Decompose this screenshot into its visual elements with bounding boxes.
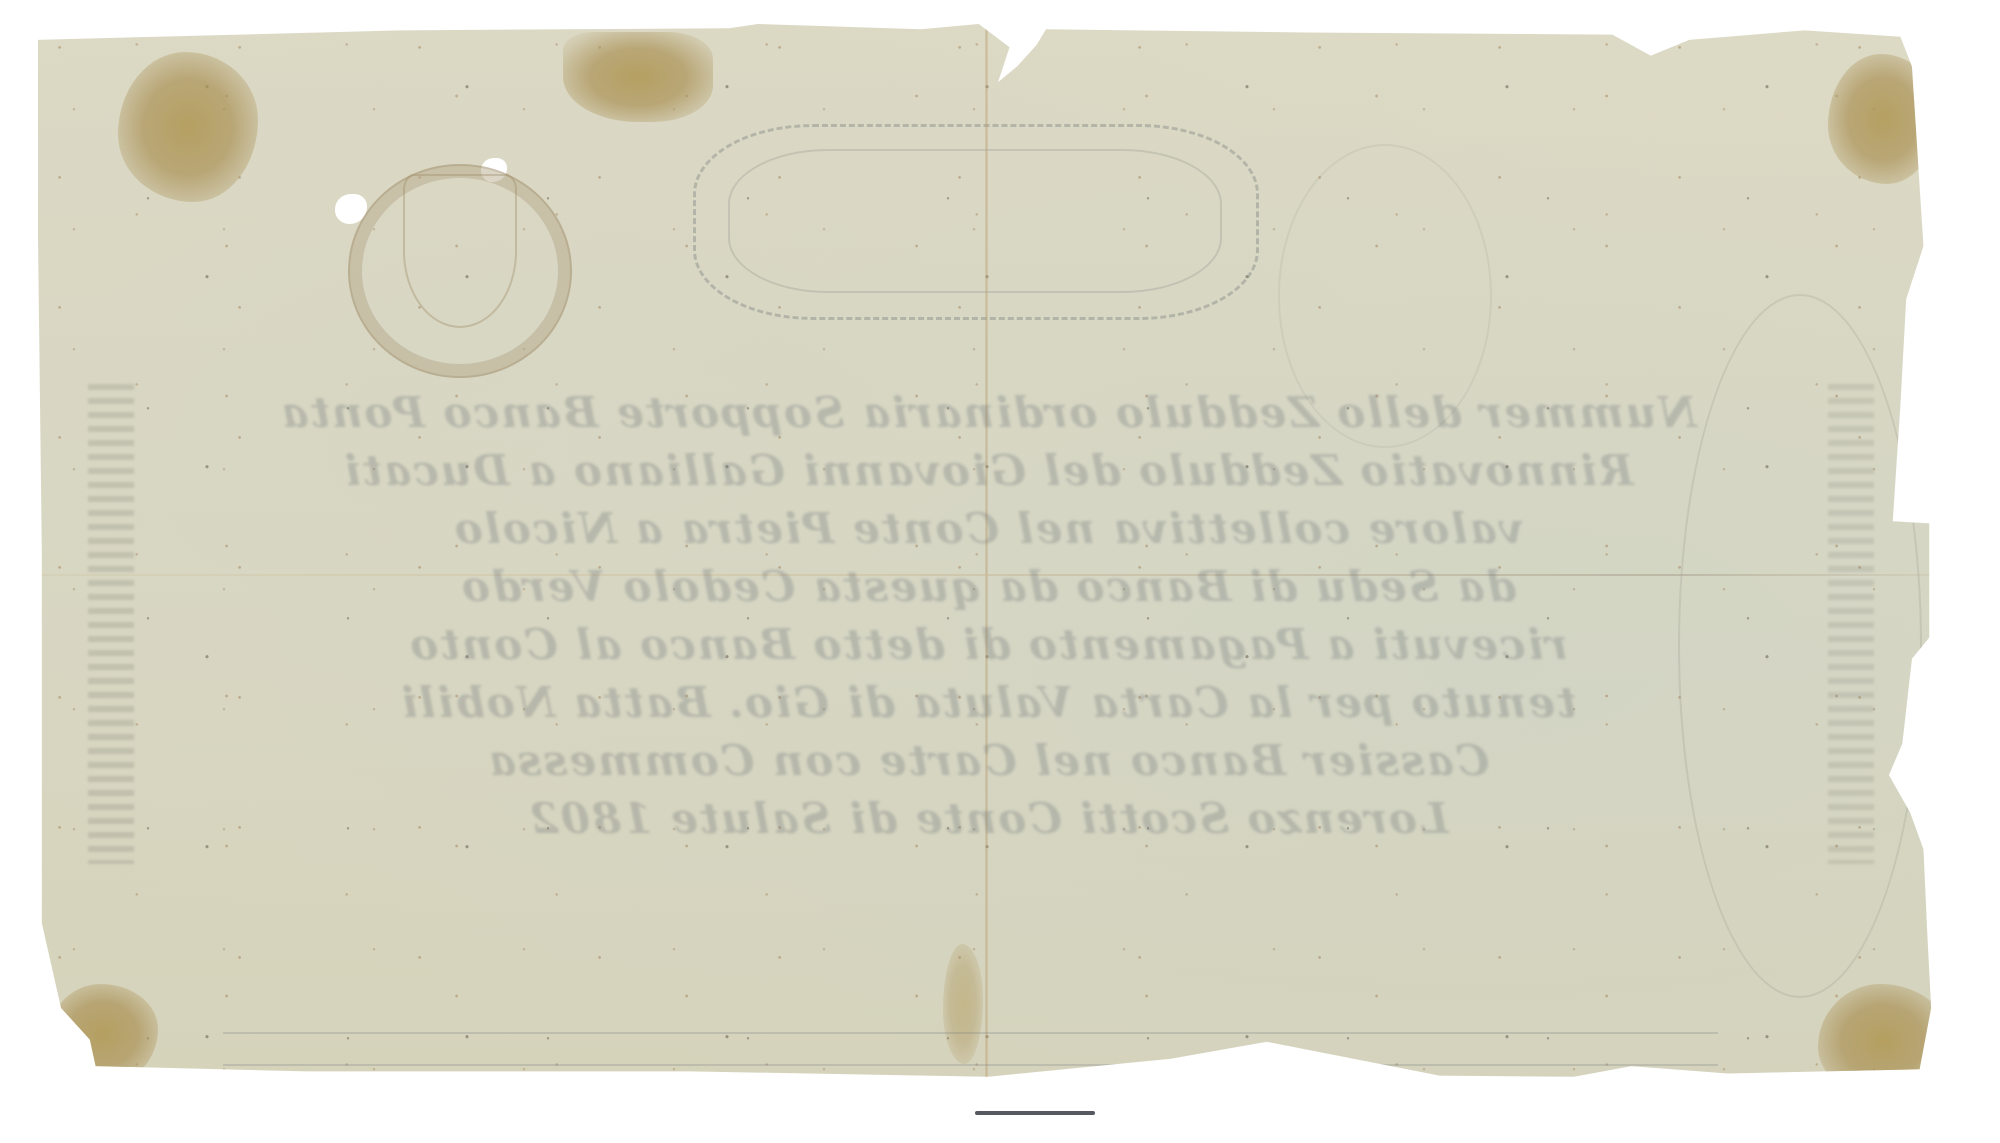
text-line: ricevuti a Pagamento di detto Banco al C… [168, 616, 1808, 674]
embossed-seal-shield [403, 174, 517, 328]
water-stain-top-right [1828, 54, 1938, 184]
text-line: Rinnovatio Zeddulo del Giovanni Galliano… [168, 442, 1808, 500]
right-margin-ornament [1828, 384, 1874, 864]
underlying-edge-shadow [975, 1111, 1095, 1115]
water-stain-top-center [563, 32, 713, 122]
oval-cartouche-inner [728, 149, 1222, 293]
bottom-border-rule [223, 1032, 1718, 1066]
water-stain-top-left [118, 52, 258, 202]
left-margin-ornament [88, 384, 134, 864]
water-stain-bottom-left [48, 984, 158, 1084]
mirrored-show-through-text: Nummer dello Zeddulo ordinaria Sopporte … [168, 384, 1808, 848]
text-line: Cassier Banco nel Carte con Commessa [168, 732, 1808, 790]
text-line: valore collettiva nel Conte Pietra a Nic… [168, 500, 1808, 558]
paper-sheet: Nummer dello Zeddulo ordinaria Sopporte … [38, 24, 1958, 1082]
text-line: Nummer dello Zeddulo ordinaria Sopporte … [168, 384, 1808, 442]
text-line: Lorenzo Scotti Conte di Salute 1802 [168, 790, 1808, 848]
text-line: da Sedu di Banco da questa Cedolo Verdo [168, 558, 1808, 616]
text-line: tenuto per la Carta Valuta di Gio. Batta… [168, 674, 1808, 732]
water-stain-bottom-right [1818, 984, 1948, 1099]
